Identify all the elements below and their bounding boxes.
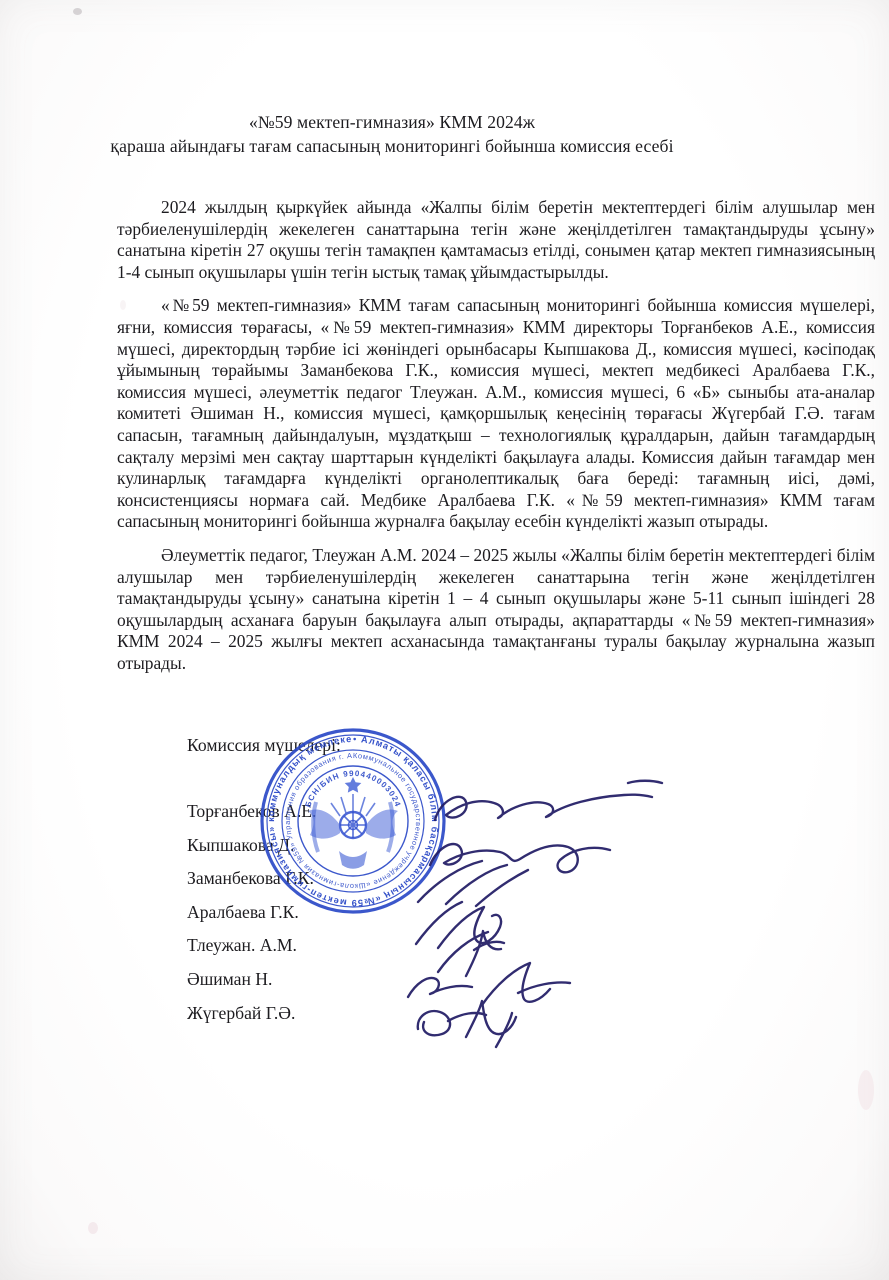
scan-speck xyxy=(88,1222,98,1234)
signature-aralbaeva xyxy=(416,902,501,948)
document-title: «№59 мектеп-гимназия» КММ 2024ж қараша а… xyxy=(0,110,784,158)
handwritten-signatures xyxy=(380,770,680,1060)
paragraph-1: 2024 жылдың қыркүйек айында «Жалпы білім… xyxy=(117,197,875,283)
scan-speck xyxy=(73,8,82,15)
scanned-document-page: «№59 мектеп-гимназия» КММ 2024ж қараша а… xyxy=(0,0,889,1280)
scan-smudge xyxy=(858,1070,874,1110)
document-title-line2: қараша айындағы тағам сапасының монитори… xyxy=(0,134,784,158)
paragraph-2: «№59 мектеп-гимназия» КММ тағам сапасыны… xyxy=(117,295,875,533)
signature-zamanbekova xyxy=(418,861,528,906)
paragraph-3: Әлеуметтік педагог, Тлеужан А.М. 2024 – … xyxy=(117,545,875,675)
signature-ashiman xyxy=(408,963,570,1005)
document-body: 2024 жылдың қыркүйек айында «Жалпы білім… xyxy=(117,197,875,686)
document-title-line1: «№59 мектеп-гимназия» КММ 2024ж xyxy=(0,110,784,134)
signature-kypshakova xyxy=(430,844,610,872)
signature-zhugerbay xyxy=(418,1001,516,1047)
signature-torganbekov xyxy=(435,781,662,820)
